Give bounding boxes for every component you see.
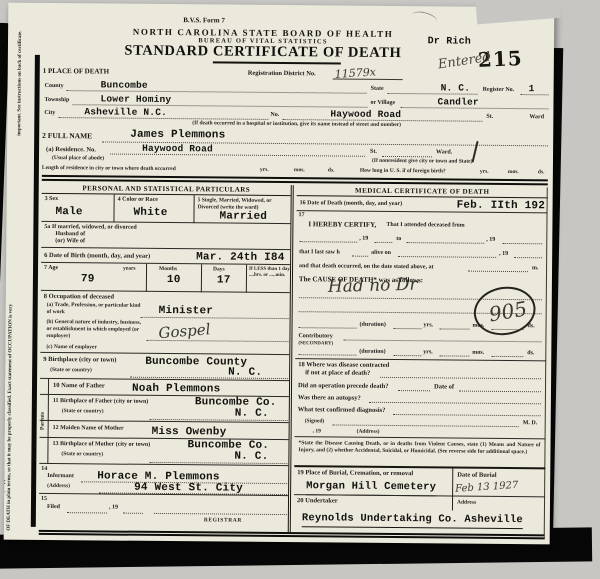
undertaker-value: Reynolds Undertaking Co. Asheville [302,513,523,528]
disease-contracted-block: 18 Where was disease contracted if not a… [295,359,547,439]
mother-value: Miss Owenby [152,427,227,439]
duration2-yrs: yrs. [423,349,433,357]
burial-place-value: Morgan Hill Cemetery [306,481,436,496]
sex-label: 3 Sex [45,196,59,204]
undertaker-row: 20 Undertaker Address Reynolds Undertaki… [294,495,545,539]
undertaker-label: 20 Undertaker [297,497,338,505]
dotted-line [298,354,356,356]
age-days-value: 17 [217,275,231,286]
personal-column: PERSONAL AND STATISTICAL PARTICULARS 3 S… [39,183,294,532]
dotted-line [393,414,541,416]
dotted-line [67,512,107,513]
undertaker-address-label: Address [457,500,476,507]
dotted-line [406,242,484,244]
birthplace-label: 9 Birthplace (city or town) [43,356,116,365]
burial-date-value: Feb 13 1927 [455,481,519,495]
section-place-of-death: 1 PLACE OF DEATH Registration District N… [42,65,549,185]
cause-code-circle: 905 [470,282,539,340]
months-label: Months [159,266,177,273]
dotted-line [150,419,288,421]
age-row: 7 Age 79 years Months 10 Days 17 If LESS… [41,263,290,293]
occupation-b-value: Gospel [158,322,211,341]
form-content: B.V.S. Form 7 NORTH CAROLINA STATE BOARD… [39,7,550,543]
certify-19-a: , 19 [359,236,368,244]
certify-to: to [396,236,401,244]
filed-19-label: , 19 [109,505,118,513]
certify-19-b: , 19 [486,237,495,245]
operation-label: Did an operation precede death? [298,382,389,391]
marital-value: Married [219,211,267,222]
father-birthplace-row: 11 Birthplace of Father (city or town) B… [40,395,289,423]
dotted-line [343,340,541,343]
residence-st-label: St. [370,149,377,157]
registration-district-label: Registration District No. [248,70,316,79]
residence-label: (a) Residence. No. [46,146,96,155]
certify-block: 17 I HEREBY CERTIFY, That I attended dec… [295,211,547,361]
contributory-label: Contributory [298,333,332,341]
date-of-label: Date of [434,383,454,391]
ds-label: ds. [328,167,335,174]
mother-bp-state-value: N. C. [234,452,268,463]
dotted-line [398,390,430,391]
register-no-value: 1 [529,84,535,94]
register-no-label: Register No. [483,87,515,95]
death-occurred-label: and that death occurred, on the date sta… [299,263,433,272]
last-saw-19: , 19 [499,251,508,259]
mother-label: 12 Maiden Name of Mother [53,425,124,433]
occupation-a-label: (a) Trade, Profession, or particular kin… [47,302,142,317]
abode-note: (Usual place of abode) [52,155,104,162]
certificate-paper: should be carefully supplied. AGE should… [4,3,555,545]
father-value: Noah Plemmons [132,384,221,396]
autopsy-label: Was there an autopsy? [298,394,361,403]
township-value: Lower Hominy [100,94,171,104]
alive-on-label: alive on [371,250,391,258]
state-value: N. C. [441,83,471,93]
mos-label-2: mos. [508,169,519,176]
father-bp-state-note: (State or country) [62,408,104,415]
street-no-label: No. [270,112,279,120]
birthplace-row: 9 Birthplace (city or town) Buncombe Cou… [40,353,289,381]
foreign-label: How long in U. S. if of foreign birth? [360,168,446,176]
dotted-line [141,317,289,319]
margin-instructions: should be carefully supplied. AGE should… [4,31,34,531]
yrs-label: yrs. [260,167,269,174]
cause-of-death-hand: Had no Dr [328,277,418,296]
village-value: Candler [437,97,478,107]
duration-yrs: yrs. [424,322,434,330]
birthplace-state-note: (State or country) [50,367,92,374]
dotted-line [440,328,470,329]
county-label: County [45,83,64,91]
duration-mos: mos. [473,323,485,331]
dotted-line [123,513,143,514]
cell-divider [113,195,114,223]
dotted-line [439,355,469,356]
dotted-line [333,424,519,427]
signed-19-label: , 19 [313,428,321,435]
village-label: or Village [370,100,395,108]
age-years-value: 79 [81,274,95,285]
medical-header: MEDICAL CERTIFICATE OF DEATH [297,186,548,197]
marital-label: 5 Single, Married, Widowed, or Divorced … [198,197,291,212]
sex-race-marital-row: 3 Sex Male 4 Color or Race White 5 Singl… [41,194,290,224]
dr-annotation: Dr Rich [428,37,472,47]
filed-row: 15 Filed , 19 REGISTRAR [39,494,288,537]
pencil-scribble [410,9,438,27]
dotted-line [130,377,288,379]
occupation-row: 8 Occupation of deceased (a) Trade, Prof… [40,291,290,355]
st-label: St. [486,114,493,122]
dotted-line [154,513,287,515]
sex-value: Male [55,207,82,218]
father-bp-state-value: N. C. [235,409,269,420]
dotted-line [149,462,287,464]
dotted-line [393,355,421,356]
particulars-table: PERSONAL AND STATISTICAL PARTICULARS 3 S… [39,183,548,539]
certificate-title: STANDARD CERTIFICATE OF DEATH [43,43,483,63]
footnote-text: *State the Disease Causing Death, or in … [298,440,540,456]
duration2-ds: ds. [527,350,534,358]
dotted-line [374,242,392,243]
medical-column: MEDICAL CERTIFICATE OF DEATH 16 Date of … [294,185,548,534]
duration-ds: ds. [528,323,535,331]
filed-item-no: 15 [41,496,47,504]
md-label: M. D. [523,420,538,428]
duration2-mos: mos. [472,350,484,358]
mother-bp-label: 13 Birthplace of Mother (city or town) [52,441,150,449]
scanned-death-certificate: should be carefully supplied. AGE should… [0,0,600,579]
township-label: Township [44,97,69,105]
burial-row: 19 Place of Burial, Cremation, or remova… [294,467,545,497]
occupation-b-label: (b) General nature of industry, business… [46,319,146,340]
cell-divider [201,264,202,292]
dotted-line [299,241,357,243]
form-number: B.V.S. Form 7 [183,16,225,25]
full-name-label: 2 FULL NAME [42,131,92,141]
secondary-label: (SECONDARY) [298,341,333,348]
signed-address-note: (Address) [357,429,380,436]
cell-divider [193,195,194,223]
cell-divider [246,265,247,293]
mother-bp-state-note: (State or country) [61,451,103,458]
m-label: m. [532,265,539,273]
filed-label: Filed [47,504,60,512]
county-value: Buncombe [101,80,148,90]
title-underline [213,61,341,64]
less-than-note: If LESS than 1 day, ....hrs. or .....min… [249,267,291,280]
dotted-line [459,391,541,393]
street-value: Haywood Road [330,109,401,119]
yrs-label-2: yrs. [480,169,489,176]
dod-value: Feb. IIth 192 [457,201,546,213]
dotted-line [146,340,288,342]
mother-name-row: 12 Maiden Name of Mother Miss Owenby [40,421,289,440]
dotted-line [398,256,496,258]
cause-code-value: 905 [487,298,528,324]
dotted-line [502,243,542,244]
cell-divider [452,469,453,497]
ward-label: Ward [529,114,544,122]
last-saw-label: that I last saw h [299,249,340,257]
dotted-line [299,327,357,329]
age-label: 7 Age [44,265,58,273]
signed-label: (Signed) [305,418,325,425]
father-bp-label: 11 Birthplace of Father (city or town) [53,398,148,406]
residence-ward-label: Ward. [436,149,452,157]
place-of-death-label: 1 PLACE OF DEATH [43,67,109,76]
burial-date-label: Date of Burial [457,472,496,480]
personal-header: PERSONAL AND STATISTICAL PARTICULARS [42,184,291,195]
city-label: City [44,110,55,118]
occupation-label: 8 Occupation of deceased [44,293,114,302]
dotted-line [369,402,541,405]
dotted-line [514,257,542,258]
married-to-row: 5a If married, widowed, or divorced Husb… [41,222,290,250]
state-label: State [371,86,384,94]
race-value: White [133,208,167,219]
informant-label: Informant [47,473,74,481]
father-label: 10 Name of Father [53,382,105,391]
nonresident-note: (If nonresident give city or town and St… [372,158,473,166]
dod-label: 16 Date of Death (month, day, and year) [300,200,403,208]
days-label: Days [213,266,225,273]
registrar-label: REGISTRAR [204,517,242,524]
age-months-value: 10 [167,275,181,286]
occupation-c-label: (c) Name of employer [46,344,97,351]
dotted-line [491,356,523,357]
cell-divider [146,264,147,292]
city-value: Asheville N.C. [84,107,167,117]
occupation-a-value: Minister [159,306,214,317]
certify-rest: That I attended deceased from [386,222,464,230]
years-label: years [123,266,136,273]
full-name-value: James Plemmons [130,130,225,142]
dotted-line [394,328,422,329]
mother-birthplace-row: 13 Birthplace of Mother (city or town) B… [39,438,288,466]
certify-bold: I HEREBY CERTIFY, [308,220,376,229]
residence-value: Haywood Road [142,144,213,154]
duration-label: (duration) [360,322,386,330]
length-label: Length of residence in city or town wher… [42,165,176,173]
item-17: 17 [298,212,304,220]
race-label: 4 Color or Race [118,197,158,205]
wife-of-label: (or) Wife of [55,238,85,246]
mos-label: mos. [294,167,305,174]
dob-value: Mar. 24th I84 [196,252,285,264]
contracted-label-2: if not at place of death? [305,369,370,378]
dotted-line [352,256,368,257]
footnote-block: *State the Disease Causing Death, or in … [294,437,545,469]
dotted-line [468,271,528,273]
informant-row: 14 Informant Horace M. Plemmons (Address… [39,464,288,496]
dotted-line [380,377,541,379]
dob-label: 6 Date of Birth (month, day, and year) [44,252,150,261]
ds-label-2: ds. [538,169,545,176]
duration2-label: (duration) [359,349,385,357]
informant-address-note: (Address) [47,483,70,490]
cell-divider [452,497,453,511]
burial-label: 19 Place of Burial, Cremation, or remova… [297,469,449,478]
test-label: What test confirmed diagnosis? [298,406,386,415]
